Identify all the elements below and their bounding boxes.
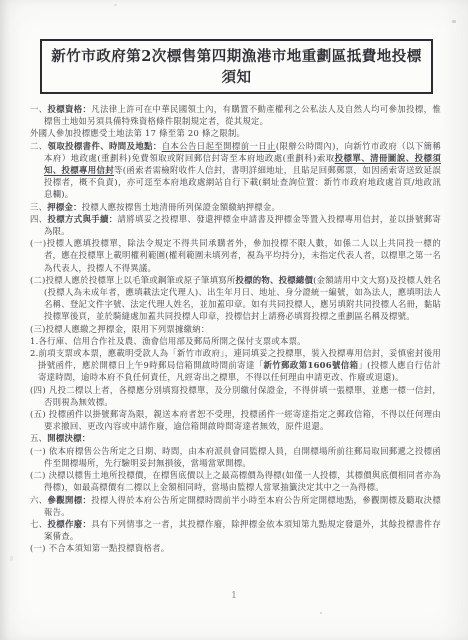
section-6: 六、參觀開標：投標人得於本府公告所定開標時間前半小時至本府公告所定開標地點，參觀… <box>30 494 441 518</box>
item-text: 投標人應填投標單，除法令規定不得共同承購者外，參加投標不限人數，如係二人以上共同… <box>44 238 441 272</box>
section-3-text: 投標人應按標售土地清冊所列保證金額繳納押標金。 <box>82 202 280 212</box>
scan-speck <box>114 4 117 6</box>
item-number: (五) <box>30 409 49 419</box>
section-2: 二、領取投標書件、時間及地點：自本公告日起至開標前一日止(限辦公時間內)，向新竹… <box>30 140 441 201</box>
section-4-item-4: (四) 凡投二標以上者，各標應分別填寫投標單，及分別繳付保證金，不得併填一張標單… <box>30 384 441 408</box>
section-5-number: 五、 <box>30 433 47 443</box>
sub-item-number: 2. <box>30 348 39 358</box>
sub-item-number: 1. <box>30 336 39 346</box>
item-text: 決標以標售土地所投標價，在標售底價以上之最高標價為得標(如僅一人投標，其標價與底… <box>44 470 441 492</box>
section-1-heading: 投標資格： <box>48 104 92 114</box>
item-text: 依本府標售公告所定之日期、時間，由本府派員會同監標人員，自開標場所前往郵局取回郵… <box>44 446 441 468</box>
scanned-document-page: 新竹市政府第2次標售第四期漁港市地重劃區抵費地投標須知 一、投標資格：凡法律上許… <box>0 0 468 640</box>
section-1-text: 凡法律上許可在中華民國領土內，有購置不動產權利之公私法人及自然人均可參加投標，惟… <box>44 104 441 126</box>
document-body: 一、投標資格：凡法律上許可在中華民國領土內，有購置不動產權利之公私法人及自然人均… <box>30 103 441 555</box>
item-number: (三) <box>30 324 46 334</box>
section-1-note-text: 外國人參加投標應受土地法第 17 條至第 20 條之限制。 <box>30 128 245 138</box>
section-6-number: 六、 <box>30 495 48 505</box>
item-text: 投標函件以掛號郵寄為限，親送本府者恕不受理，投標函件一經寄達指定之郵政信箱，不得… <box>44 409 441 431</box>
section-2-number: 二、 <box>30 141 48 151</box>
scan-speck <box>10 556 13 561</box>
section-2-heading: 領取投標書件、時間及地點： <box>48 141 162 151</box>
item-number: (二) <box>30 470 49 480</box>
section-6-heading: 參觀開標： <box>48 495 92 505</box>
section-4-item-3-sub-1: 1.各行庫、信用合作社及農、漁會信用部及郵局所開之保付支票或本票。 <box>30 335 441 347</box>
section-4-item-5: (五) 投標函件以掛號郵寄為限，親送本府者恕不受理，投標函件一經寄達指定之郵政信… <box>30 408 441 432</box>
section-4-item-1: (一)投標人應填投標單，除法令規定不得共同承購者外，參加投標不限人數，如係二人以… <box>30 237 441 274</box>
section-1: 一、投標資格：凡法律上許可在中華民國領土內，有購置不動產權利之公私法人及自然人均… <box>30 103 441 127</box>
section-5-item-2: (二) 決標以標售土地所投標價，在標售底價以上之最高標價為得標(如僅一人投標，其… <box>30 469 441 493</box>
item-number: (四) <box>30 385 49 395</box>
section-3-heading: 押標金： <box>47 202 82 212</box>
section-4: 四、投標方式與手續：請將填妥之投標單、發還押標金申請書及押標金等置入投標專用信封… <box>30 213 441 237</box>
section-6-text: 投標人得於本府公告所定開標時間前半小時至本府公告所定開標地點，參觀開標及聽取決標… <box>44 495 441 517</box>
section-4-item-3-sub-2: 2.前項支票或本票，應載明受款人為「新竹市政府」，連同填妥之投標單，裝入投標專用… <box>30 347 441 384</box>
item-number: (一) <box>30 446 49 456</box>
section-2-underlined-period: 自本公告日起至開標前一日止 <box>162 141 276 151</box>
item-text-1: 投標人應於投標單上以毛筆或鋼筆或原子筆填寫所 <box>46 275 236 285</box>
item-bold-text: 投標的物、投標總價 <box>236 275 314 285</box>
item-text: 投標人應繳之押標金，限用下列票據繳納： <box>46 324 210 334</box>
page-number: 1 <box>0 591 468 601</box>
section-3: 三、押標金：投標人應按標售土地清冊所列保證金額繳納押標金。 <box>30 201 441 213</box>
section-1-note: 外國人參加投標應受土地法第 17 條至第 20 條之限制。 <box>30 127 441 139</box>
section-7-item-1: (一) 不合本須知第一點投標資格者。 <box>30 542 441 554</box>
section-5-item-1: (一) 依本府標售公告所定之日期、時間，由本府派員會同監標人員，自開標場所前往郵… <box>30 445 441 469</box>
item-text: 凡投二標以上者，各標應分別填寫投標單，及分別繳付保證金，不得併填一張標單，並應一… <box>44 385 441 407</box>
document-title: 新竹市政府第2次標售第四期漁港市地重劃區抵費地投標須知 <box>51 48 422 86</box>
item-number: (一) <box>30 543 49 553</box>
section-7: 七、投標作廢：具有下列情事之一者，其投標作廢，除押標金依本須知第九點規定發還外，… <box>30 518 441 542</box>
item-text: 不合本須知第一點投標資格者。 <box>49 543 170 553</box>
section-4-heading: 投標方式與手續： <box>48 214 118 224</box>
title-box: 新竹市政府第2次標售第四期漁港市地重劃區抵費地投標須知 <box>40 39 433 94</box>
item-number: (二) <box>30 275 46 285</box>
section-4-item-2: (二)投標人應於投標單上以毛筆或鋼筆或原子筆填寫所投標的物、投標總價(金額請用中… <box>30 274 441 323</box>
sub-item-bold-mailbox: 新竹郵政第1606號信箱 <box>264 360 359 370</box>
section-7-text: 具有下列情事之一者，其投標作廢，除押標金依本須知第九點規定發還外，其餘投標書件存… <box>44 519 441 541</box>
scan-speck <box>452 20 456 23</box>
section-3-number: 三、 <box>30 202 47 212</box>
section-7-number: 七、 <box>30 519 48 529</box>
section-4-item-3: (三)投標人應繳之押標金，限用下列票據繳納： <box>30 323 441 335</box>
sub-item-text: 各行庫、信用合作社及農、漁會信用部及郵局所開之保付支票或本票。 <box>39 336 306 346</box>
section-4-number: 四、 <box>30 214 48 224</box>
section-7-heading: 投標作廢： <box>48 519 92 529</box>
scan-speck <box>320 612 322 614</box>
item-number: (一) <box>30 238 46 248</box>
section-5-heading: 開標決標： <box>47 433 90 443</box>
section-1-number: 一、 <box>30 104 48 114</box>
section-5: 五、開標決標： <box>30 432 441 444</box>
